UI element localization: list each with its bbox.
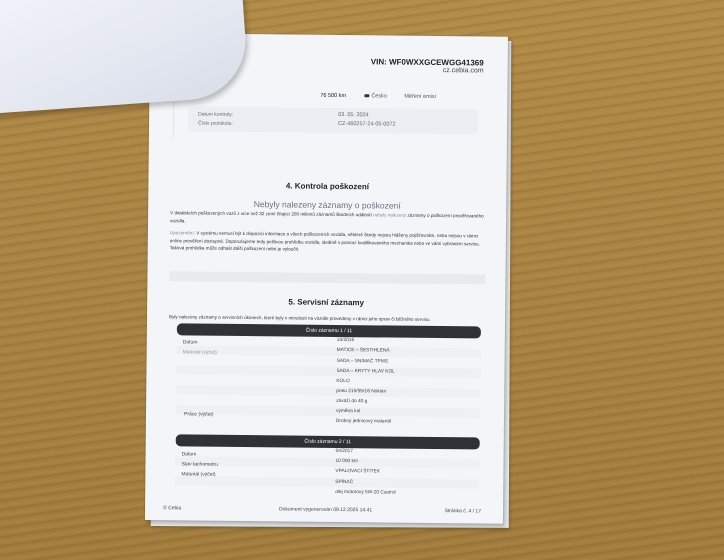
- footer-page-number: Stránka č. 4 / 17: [445, 508, 481, 514]
- footer-copyright: © Cebia: [163, 505, 181, 511]
- website-link: cz.cebia.com: [443, 67, 484, 74]
- row-bg: [177, 345, 481, 357]
- record-1-header: Číslo záznamu 1 / 11: [177, 323, 481, 338]
- record-2-material-1: VPALOVACÍ ŠTÍTEK: [335, 469, 380, 474]
- record-1-material-3: SADA – KRYTY HLAV KOL: [336, 369, 394, 375]
- record-1-material-5: pneu 215/55r16 Nokian: [336, 389, 386, 395]
- protocol-value: CZ-460257-24-05-0072: [338, 121, 396, 128]
- inspection-type: Měření emisí: [404, 94, 436, 100]
- record-1-material-6: závaží do 40 g: [336, 399, 367, 404]
- inspection-date-label: Datum kontroly:: [198, 112, 233, 118]
- damage-section-title: 4. Kontrola poškození: [148, 180, 506, 193]
- service-section-title: 5. Servisní záznamy: [147, 296, 505, 309]
- record-1-material-1: MATICE – ŠESTIHLENÁ: [337, 348, 390, 354]
- record-1-work-2: Drobný jednicový materiál: [336, 419, 391, 425]
- flag-icon: [364, 94, 369, 97]
- row-bg: [176, 365, 480, 377]
- notice-text: V systému nemusí být k dispozici informa…: [170, 230, 480, 251]
- record-2-material-3: olej motorový 5W-20 Castrol: [335, 490, 395, 496]
- row-bg: [175, 476, 479, 488]
- inspection-country: Česko: [364, 93, 387, 99]
- country-label: Česko: [371, 93, 387, 99]
- record-1-date-value: 10/2016: [337, 338, 354, 343]
- inspection-date-value: 03. 05. 2024: [338, 112, 369, 118]
- record-2-header: Číslo záznamu 2 / 11: [176, 434, 480, 449]
- inspection-details: Datum kontroly: 03. 05. 2024 Číslo proto…: [188, 106, 478, 134]
- document-page: cebia VIN: WF0WXXGCEWGG41369 cz.cebia.co…: [145, 33, 508, 524]
- record-1-work-1: výměna kol: [336, 409, 360, 414]
- record-2-odometer-value: 10 000 km: [335, 459, 357, 464]
- damage-text-a: V databázích poškozených vozů z více než…: [170, 210, 372, 217]
- damage-text-highlight: nebyly nalezeny: [373, 212, 406, 217]
- inspection-card: 05/2024 76 500 km Česko Měření emisí Dat…: [173, 86, 487, 141]
- record-2-date-value: 04/2017: [336, 449, 353, 454]
- vin-number: VIN: WF0WXXGCEWGG41369: [371, 57, 484, 67]
- record-1-work-label: Práce (výčet): [184, 411, 214, 417]
- row-bg: [176, 385, 480, 397]
- inspection-mileage: 76 500 km: [320, 93, 346, 99]
- service-intro: Byly nalezeny záznamy o servisních úkone…: [169, 313, 485, 324]
- damage-paragraph: V databázích poškozených vozů z více než…: [170, 209, 486, 227]
- row-bg: [175, 456, 479, 468]
- footer-generated: Dokument vygenerován 09.12.2025 14:41: [279, 506, 372, 513]
- row-bg: [176, 405, 480, 417]
- record-1-material-4: KOLO: [336, 379, 349, 384]
- notice-label: Upozornění:: [170, 230, 195, 235]
- record-1-material-2: SADA – SNÍMAČ TPMS: [337, 359, 388, 365]
- damage-notice: Upozornění: V systému nemusí být k dispo…: [170, 229, 486, 255]
- record-2-odometer-label: Stav tachometru: [181, 461, 217, 467]
- protocol-label: Číslo protokolu:: [198, 121, 233, 127]
- record-2-material-2: SPÍNAČ: [335, 480, 353, 485]
- show-through-band: [169, 271, 485, 284]
